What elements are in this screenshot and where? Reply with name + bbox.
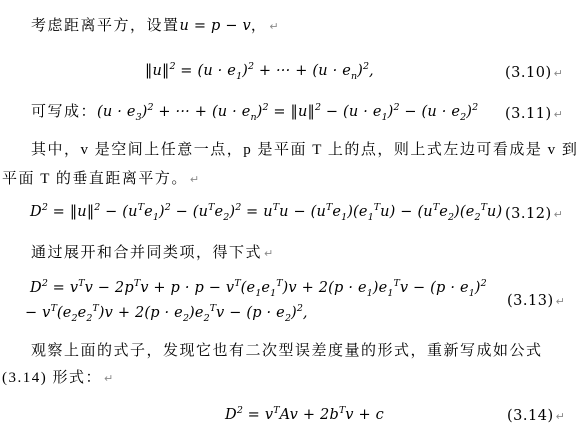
pilcrow-icon: ↵: [554, 208, 563, 221]
equation-3-10-label: (3.10)↵: [505, 63, 563, 84]
equation-3-10: ‖u‖2 = (u · e1)2 + ··· + (u · en)2,: [145, 61, 374, 81]
equation-3-12: D2 = ‖u‖2 − (uTe1)2 − (uTe2)2 = uTu − (u…: [30, 202, 502, 222]
paragraph-2-line-2-text: 平面 T 的垂直距离平方。: [2, 171, 188, 187]
pilcrow-icon: ↵: [269, 20, 278, 33]
paragraph-2-line-1: 其中，v 是空间上任意一点，p 是平面 T 上的点，则上式左边可看成是 v 到: [31, 140, 578, 160]
equation-3-10-math: ‖u‖2 = (u · e1)2 + ··· + (u · en)2,: [145, 63, 374, 79]
paragraph-2-line-2: 平面 T 的垂直距离平方。↵: [2, 169, 199, 190]
equation-3-11-label-text: (3.11): [505, 106, 552, 122]
equation-3-14-math: D2 = vTAv + 2bTv + c: [225, 407, 384, 423]
equation-3-11: 可写成：(u · e3)2 + ··· + (u · en)2 = ‖u‖2 −…: [31, 102, 478, 122]
equation-3-13-line-2: − vT(e2e2T)v + 2(p · e2)e2Tv − (p · e2)2…: [25, 303, 308, 323]
document-page: 考虑距离平方，设置u = p − v，↵ ‖u‖2 = (u · e1)2 + …: [0, 0, 582, 445]
equation-3-12-math: D2 = ‖u‖2 − (uTe1)2 − (uTe2)2 = uTu − (u…: [30, 204, 502, 220]
paragraph-1-text: 考虑距离平方，设置: [31, 18, 180, 34]
equation-3-13-line-1: D2 = vTv − 2pTv + p · p − vT(e1e1T)v + 2…: [30, 278, 487, 298]
pilcrow-icon: ↵: [554, 108, 563, 121]
equation-3-11-math: (u · e3)2 + ··· + (u · en)2 = ‖u‖2 − (u …: [97, 104, 478, 120]
paragraph-1-comma: ，: [251, 18, 268, 34]
equation-3-12-label-text: (3.12): [505, 206, 552, 222]
paragraph-1-inline-math: u = p − v: [180, 18, 251, 34]
paragraph-4-line-2-text: (3.14) 形式：: [2, 370, 102, 386]
pilcrow-icon: ↵: [554, 67, 563, 80]
equation-3-12-label: (3.12)↵: [505, 204, 563, 225]
pilcrow-icon: ↵: [264, 247, 273, 260]
pilcrow-icon: ↵: [556, 295, 565, 308]
equation-3-13-label-text: (3.13): [507, 293, 554, 309]
pilcrow-icon: ↵: [190, 173, 199, 186]
paragraph-1: 考虑距离平方，设置u = p − v，↵: [31, 16, 279, 37]
paragraph-4-line-2: (3.14) 形式：↵: [2, 368, 113, 389]
equation-3-13-label: (3.13)↵: [507, 291, 565, 312]
equation-3-11-label: (3.11)↵: [505, 104, 563, 125]
equation-3-14-label-text: (3.14): [507, 408, 554, 424]
paragraph-3: 通过展开和合并同类项，得下式↵: [31, 243, 273, 264]
paragraph-3-text: 通过展开和合并同类项，得下式: [31, 245, 262, 261]
pilcrow-icon: ↵: [104, 372, 113, 385]
equation-3-10-label-text: (3.10): [505, 65, 552, 81]
pilcrow-icon: ↵: [556, 410, 565, 423]
equation-3-14-label: (3.14)↵: [507, 406, 565, 427]
equation-3-11-lead: 可写成：: [31, 104, 97, 120]
equation-3-14: D2 = vTAv + 2bTv + c: [225, 405, 384, 425]
paragraph-4-line-1: 观察上面的式子，发现它也有二次型误差度量的形式，重新写成如公式: [31, 341, 543, 361]
